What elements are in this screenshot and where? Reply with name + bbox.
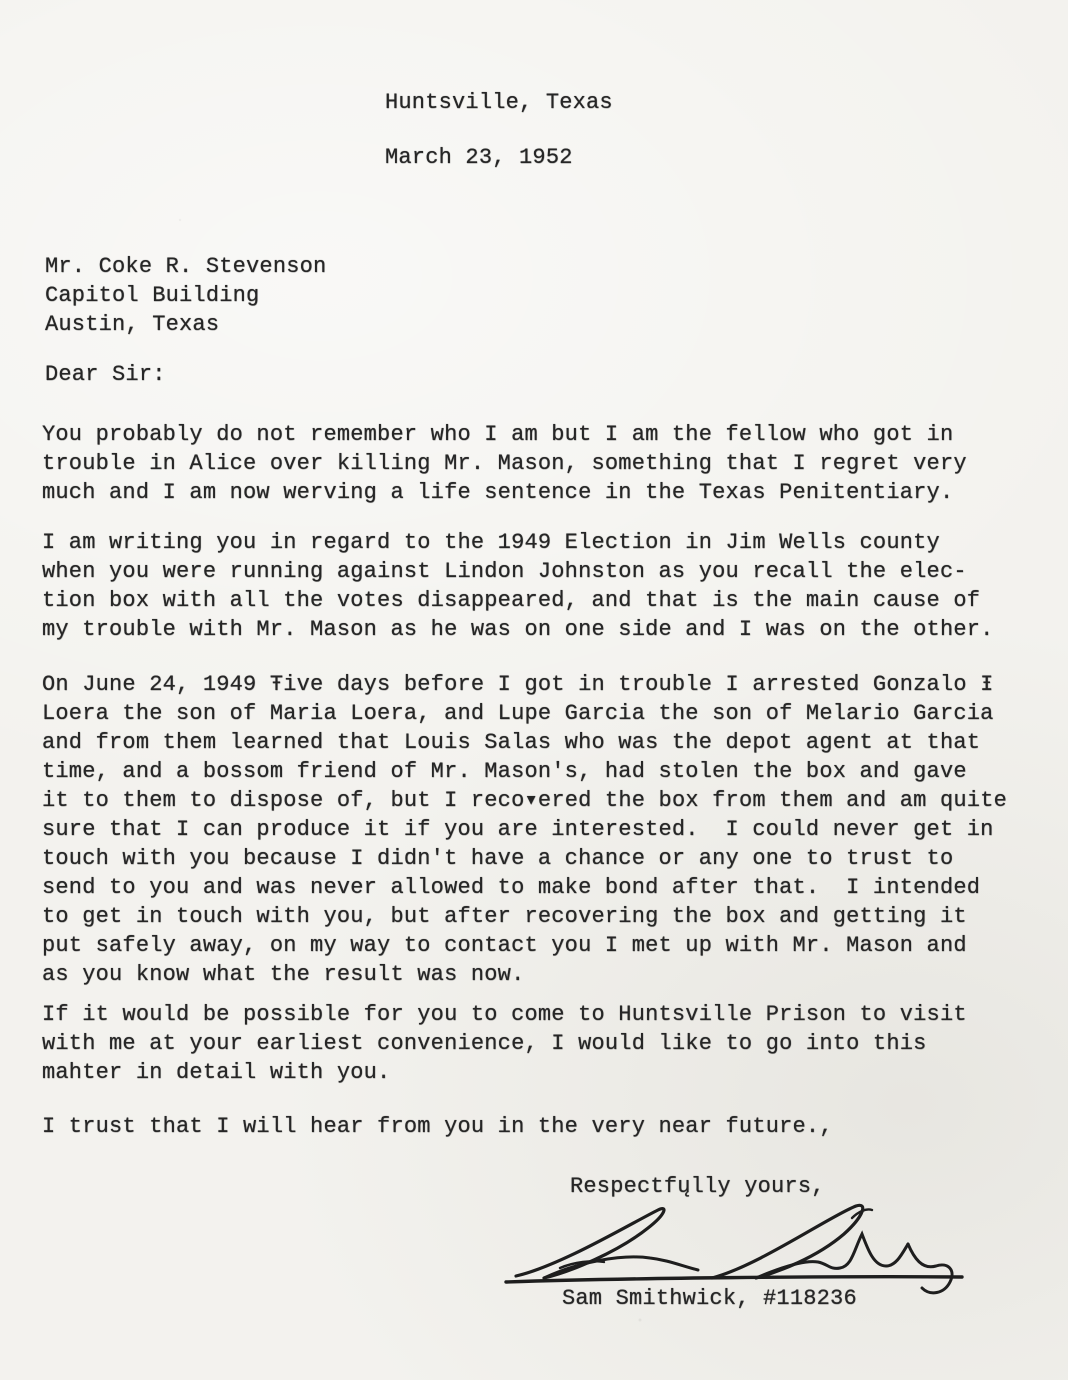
typed-signature: Sam Smithwick, #118236 [562,1284,857,1313]
recipient-address: Mr. Coke R. Stevenson Capitol Building A… [45,252,326,339]
salutation: Dear Sir: [45,360,166,389]
signature-ink [500,1196,970,1296]
body-paragraph-5: I trust that I will hear from you in the… [42,1112,833,1141]
body-paragraph-3: On June 24, 1949 Ŧive days before I got … [42,670,1007,989]
handwritten-signature [500,1196,970,1296]
body-paragraph-4: If it would be possible for you to come … [42,1000,967,1087]
letter-place: Huntsville, Texas [385,88,613,117]
letter-date: March 23, 1952 [385,143,573,172]
body-paragraph-1: You probably do not remember who I am bu… [42,420,967,507]
body-paragraph-2: I am writing you in regard to the 1949 E… [42,528,994,644]
letter-page: Huntsville, Texas March 23, 1952 Mr. Cok… [0,0,1068,1380]
